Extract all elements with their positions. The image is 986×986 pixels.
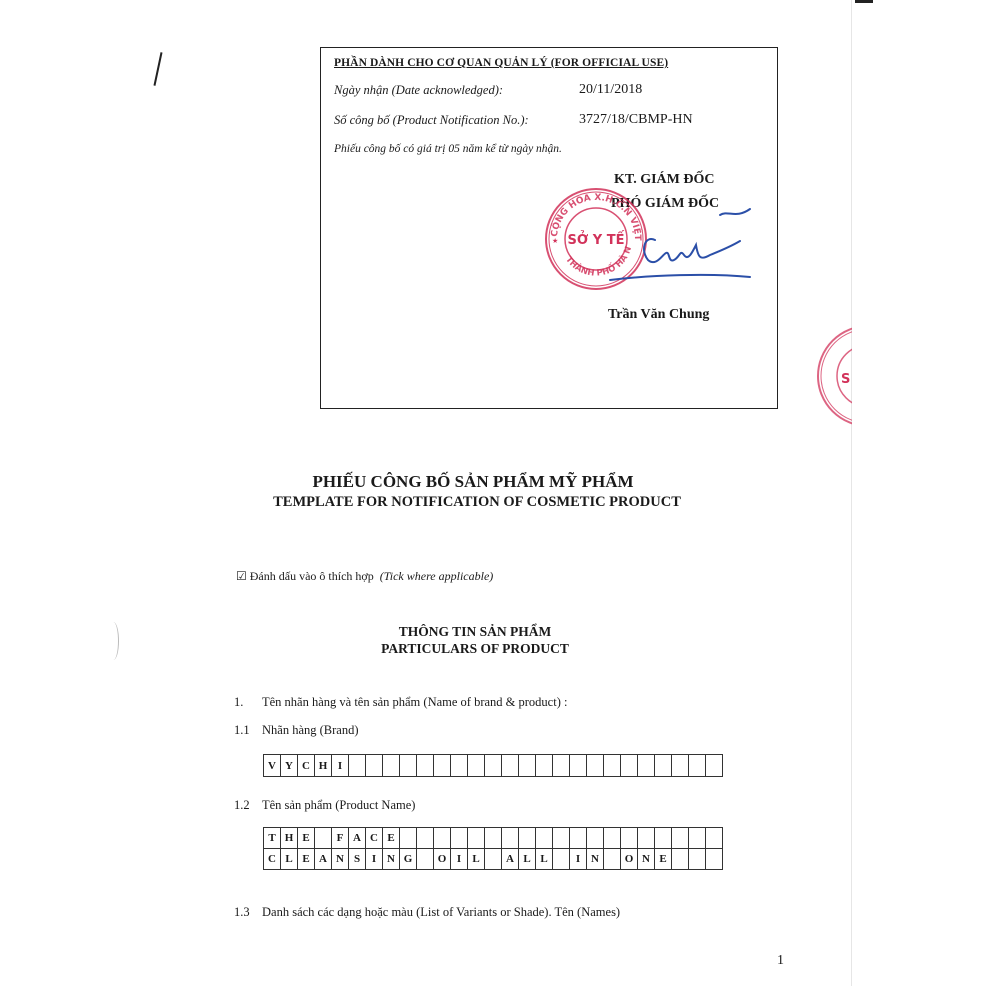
grid-cell [502,755,519,777]
grid-cell [672,849,689,870]
grid-cell: L [281,849,298,870]
grid-cell [349,755,366,777]
grid-cell: I [366,849,383,870]
grid-cell: E [298,828,315,849]
grid-cell [587,828,604,849]
grid-cell: C [264,849,281,870]
grid-cell: F [332,828,349,849]
validity-note: Phiếu công bố có giá trị 05 năm kể từ ng… [334,143,562,155]
grid-cell [604,849,621,870]
grid-cell [485,755,502,777]
official-stamp-icon: S [815,323,852,429]
grid-cell [604,755,621,777]
grid-cell: O [434,849,451,870]
grid-cell [451,828,468,849]
grid-cell: A [502,849,519,870]
brand-grid: VYCHI [263,754,723,777]
grid-cell [553,755,570,777]
grid-cell [366,755,383,777]
grid-cell: I [332,755,349,777]
grid-cell [672,755,689,777]
grid-cell [519,828,536,849]
grid-cell [434,755,451,777]
grid-cell [468,828,485,849]
grid-cell [485,849,502,870]
grid-cell [451,755,468,777]
grid-cell: T [264,828,281,849]
grid-cell [689,755,706,777]
grid-cell: E [383,828,400,849]
partial-stamp: S [800,300,852,460]
grid-cell [315,828,332,849]
grid-cell: E [298,849,315,870]
grid-cell [553,849,570,870]
grid-cell [400,828,417,849]
tick-instruction-vi: Đánh dấu vào ô thích hợp [250,569,374,583]
grid-cell: N [332,849,349,870]
grid-cell [655,755,672,777]
document-title-vi: PHIẾU CÔNG BỐ SẢN PHẨM MỸ PHẨM [0,472,966,492]
notification-number-value: 3727/18/CBMP-HN [579,112,693,128]
date-acknowledged-value: 20/11/2018 [579,82,642,98]
notification-number-label: Số công bố (Product Notification No.): [334,113,529,128]
grid-cell: C [298,755,315,777]
grid-cell: I [570,849,587,870]
grid-cell: O [621,849,638,870]
grid-cell [706,849,723,870]
grid-cell: N [638,849,655,870]
scan-artifact [855,0,873,3]
item-brand: 1.1Nhãn hàng (Brand) [234,723,359,738]
grid-cell [519,755,536,777]
grid-cell: L [468,849,485,870]
grid-cell: H [315,755,332,777]
grid-cell: S [349,849,366,870]
grid-cell: A [349,828,366,849]
grid-cell [689,828,706,849]
grid-cell [689,849,706,870]
grid-cell [638,828,655,849]
grid-cell: L [536,849,553,870]
section-title-vi: THÔNG TIN SẢN PHẨM [0,624,968,640]
grid-cell [536,755,553,777]
official-use-title: PHẦN DÀNH CHO CƠ QUAN QUẢN LÝ (FOR OFFIC… [334,57,668,69]
grid-cell [383,755,400,777]
grid-cell [553,828,570,849]
grid-cell [706,828,723,849]
grid-cell [621,755,638,777]
scan-mark [153,52,162,86]
grid-cell [485,828,502,849]
grid-cell: Y [281,755,298,777]
grid-cell [570,755,587,777]
grid-cell [706,755,723,777]
grid-cell: V [264,755,281,777]
grid-cell [672,828,689,849]
grid-cell [638,755,655,777]
grid-cell [621,828,638,849]
grid-cell: N [383,849,400,870]
page-number: 1 [777,953,784,969]
grid-cell: L [519,849,536,870]
tick-instruction-en: (Tick where applicable) [380,569,494,583]
product-name-grid: THEFACECLEANSINGOILALLINONE [263,827,723,870]
document-title-en: TEMPLATE FOR NOTIFICATION OF COSMETIC PR… [0,494,970,511]
grid-cell: E [655,849,672,870]
grid-cell [417,828,434,849]
checkbox-checked-icon: ☑ [236,569,247,583]
date-acknowledged-label: Ngày nhận (Date acknowledged): [334,83,503,98]
svg-text:S: S [841,372,850,387]
grid-cell: G [400,849,417,870]
grid-cell [417,849,434,870]
grid-cell [536,828,553,849]
item-product-name: 1.2Tên sản phẩm (Product Name) [234,798,415,813]
grid-cell [604,828,621,849]
scan-page-edge [851,0,852,986]
section-title-en: PARTICULARS OF PRODUCT [0,641,968,657]
grid-row: CLEANSINGOILALLINONE [264,849,723,870]
grid-cell: A [315,849,332,870]
grid-cell: C [366,828,383,849]
grid-row: VYCHI [264,755,723,777]
grid-cell [417,755,434,777]
grid-cell [570,828,587,849]
grid-cell [655,828,672,849]
grid-row: THEFACE [264,828,723,849]
item-variants: 1.3Danh sách các dạng hoặc màu (List of … [234,905,620,920]
grid-cell [434,828,451,849]
grid-cell [587,755,604,777]
tick-instruction: ☑ Đánh dấu vào ô thích hợp (Tick where a… [236,569,493,584]
grid-cell [400,755,417,777]
svg-text:★: ★ [552,237,558,245]
grid-cell: N [587,849,604,870]
signature-icon [600,205,760,295]
grid-cell: I [451,849,468,870]
grid-cell: H [281,828,298,849]
grid-cell [468,755,485,777]
grid-cell [502,828,519,849]
signer-name: Trần Văn Chung [608,307,709,323]
item-brand-product: 1.Tên nhãn hàng và tên sản phẩm (Name of… [234,695,567,710]
